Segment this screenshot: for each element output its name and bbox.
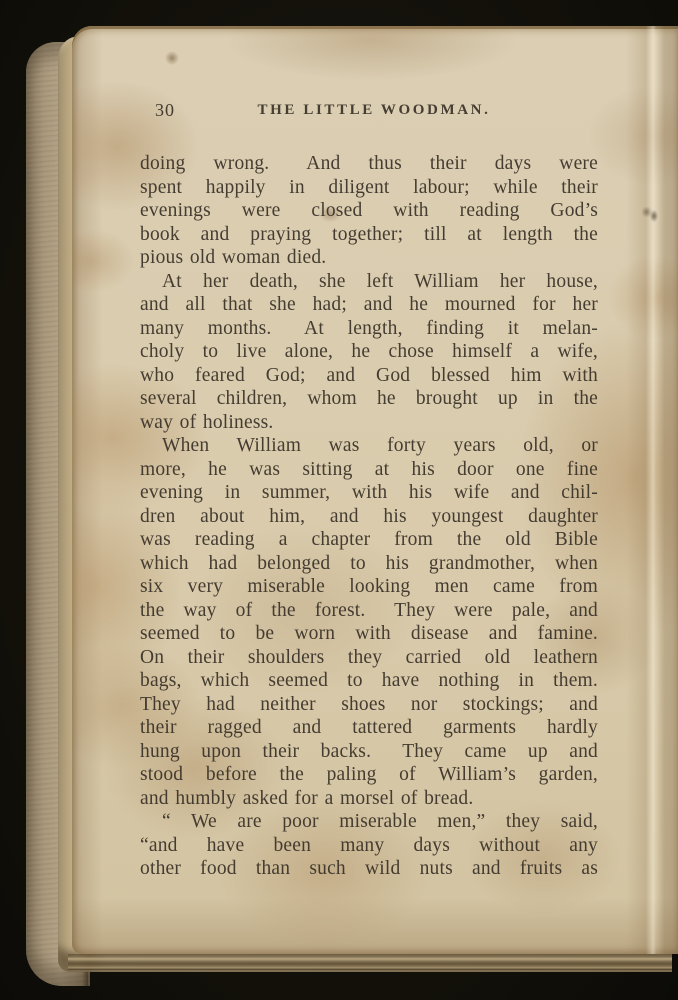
text-line: who feared God; and God blessed him with xyxy=(140,364,598,388)
text-line: and all that she had; and he mourned for… xyxy=(140,293,598,317)
text-line: “ We are poor miserable men,” they said, xyxy=(140,810,598,834)
book-page: 30 THE LITTLE WOODMAN. doing wrong. And … xyxy=(72,26,678,954)
paragraph: doing wrong. And thus their days werespe… xyxy=(140,152,598,270)
text-line: evenings were closed with reading God’s xyxy=(140,199,598,223)
text-line: dren about him, and his youngest daughte… xyxy=(140,505,598,529)
text-line: On their shoulders they carried old leat… xyxy=(140,646,598,670)
photo-of-book-page: { "page": { "number": "30", "running_tit… xyxy=(0,0,678,1000)
text-line: evening in summer, with his wife and chi… xyxy=(140,481,598,505)
text-line: They had neither shoes nor stockings; an… xyxy=(140,693,598,717)
text-line: doing wrong. And thus their days were xyxy=(140,152,598,176)
text-line: the way of the forest. They were pale, a… xyxy=(140,599,598,623)
running-title: THE LITTLE WOODMAN. xyxy=(150,102,598,119)
text-line: was reading a chapter from the old Bible xyxy=(140,528,598,552)
text-line: hung upon their backs. They came up and xyxy=(140,740,598,764)
text-line: more, he was sitting at his door one fin… xyxy=(140,458,598,482)
text-line: book and praying together; till at lengt… xyxy=(140,223,598,247)
text-line: way of holiness. xyxy=(140,411,598,435)
text-line: many months. At length, finding it melan… xyxy=(140,317,598,341)
text-line: spent happily in diligent labour; while … xyxy=(140,176,598,200)
text-line: bags, which seemed to have nothing in th… xyxy=(140,669,598,693)
printed-text-block: 30 THE LITTLE WOODMAN. doing wrong. And … xyxy=(140,98,598,881)
text-line: and humbly asked for a morsel of bread. xyxy=(140,787,598,811)
page-header: 30 THE LITTLE WOODMAN. xyxy=(140,98,598,128)
paragraph: When William was forty years old, ormore… xyxy=(140,434,598,810)
text-line: stood before the paling of William’s gar… xyxy=(140,763,598,787)
text-line: At her death, she left William her house… xyxy=(140,270,598,294)
body-text: doing wrong. And thus their days werespe… xyxy=(140,152,598,881)
gutter-fold xyxy=(626,26,678,954)
text-line: pious old woman died. xyxy=(140,246,598,270)
text-line: other food than such wild nuts and fruit… xyxy=(140,857,598,881)
text-line: When William was forty years old, or xyxy=(140,434,598,458)
text-line: “and have been many days without any xyxy=(140,834,598,858)
paragraph: “ We are poor miserable men,” they said,… xyxy=(140,810,598,881)
text-line: their ragged and tattered garments hardl… xyxy=(140,716,598,740)
text-line: choly to live alone, he chose himself a … xyxy=(140,340,598,364)
text-line: seemed to be worn with disease and famin… xyxy=(140,622,598,646)
text-line: several children, whom he brought up in … xyxy=(140,387,598,411)
text-line: which had belonged to his grandmother, w… xyxy=(140,552,598,576)
text-line: six very miserable looking men came from xyxy=(140,575,598,599)
paragraph: At her death, she left William her house… xyxy=(140,270,598,435)
